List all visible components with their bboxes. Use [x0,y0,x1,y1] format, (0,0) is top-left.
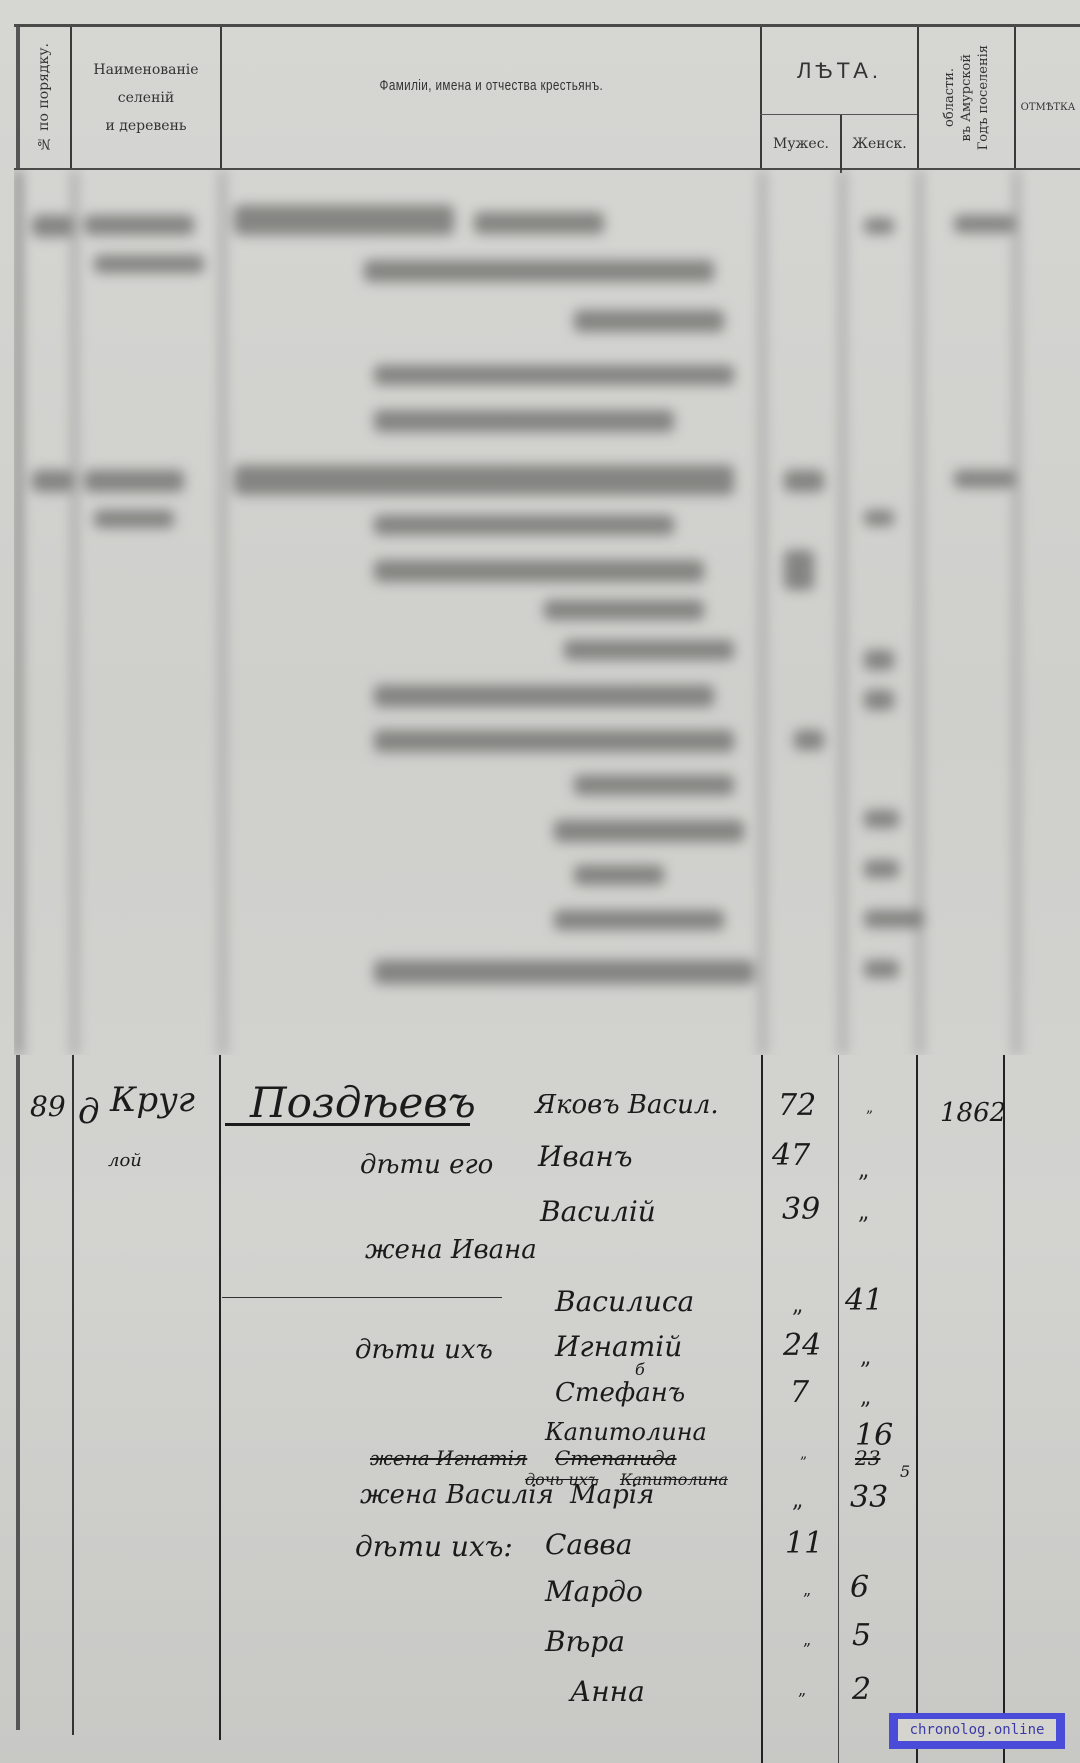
female-age-struck: 23 [855,1446,880,1470]
female-age: 5 [852,1618,871,1653]
male-age: „ [792,1488,803,1513]
member-name: Игнатiй [555,1330,682,1363]
surname-underline [225,1123,470,1126]
female-age: 33 [850,1480,888,1515]
female-age: 2 [852,1672,871,1707]
male-age: „ [792,1293,803,1318]
header-male: Мужес. [762,115,840,173]
header-settlement-year: области. въ Амурской Годъ поселенiя [919,27,1014,168]
correction-superscript: 5 [900,1462,910,1481]
watermark-badge: chronolog.online [889,1713,1065,1749]
table-header: № по порядку. Наименованiе селенiй и дер… [14,24,1080,170]
female-age: „ [858,1200,869,1225]
watermark-text: chronolog.online [898,1719,1056,1741]
header-names: Фамилiи, имена и отчества крестьянъ. [222,27,760,168]
male-age: „ [803,1630,811,1649]
row-number: 89 [30,1090,66,1123]
member-name: Мардо [545,1575,643,1608]
member-name: Марiя [570,1480,654,1510]
member-name-struck: Степанида [555,1446,677,1470]
male-age: „ [798,1680,806,1699]
member-name: Василиса [555,1285,694,1318]
village-prefix: д [78,1092,100,1132]
header-settlement: Наименованiе селенiй и деревень [72,27,220,168]
member-relation: дѣти ихъ: [355,1530,513,1563]
family-surname: Поздѣевъ [250,1078,476,1127]
header-number: № по порядку. [18,27,70,168]
female-age: „ [866,1100,873,1116]
village-name-line2: лой [108,1150,142,1171]
name-superscript: б [635,1360,645,1379]
member-name: Василiй [540,1195,656,1228]
member-name: Капитолина [545,1418,707,1446]
member-relation-struck: жена Игнатiя [370,1446,527,1470]
female-age: „ [860,1385,871,1410]
member-name: Яковъ Васил. [535,1090,719,1120]
member-name: Анна [570,1675,645,1708]
header-notes: Отмѣтка [1016,27,1080,168]
male-age: 7 [790,1375,809,1410]
female-age: „ [860,1345,871,1370]
male-age: „ [800,1446,807,1462]
male-age: 47 [772,1138,810,1173]
member-relation: дѣти его [360,1150,493,1180]
settlement-year: 1862 [940,1098,1006,1128]
male-age: 72 [778,1088,816,1123]
header-female: Женск. [842,115,917,173]
member-name: Савва [545,1528,632,1561]
female-age: „ [858,1158,869,1183]
male-age: „ [803,1580,811,1599]
village-name-line1: Круг [110,1080,195,1120]
member-name: Стефанъ [555,1378,685,1408]
member-name: Вѣра [545,1625,625,1658]
census-page: № по порядку. Наименованiе селенiй и дер… [0,0,1080,1763]
male-age: 39 [782,1192,820,1227]
female-age: 6 [850,1570,869,1605]
member-relation: дѣти ихъ [355,1335,493,1365]
blurred-entries [14,170,1080,1055]
member-relation: жена Василiя [360,1480,554,1510]
header-ages: ЛѢТА. [762,27,917,114]
male-age: 24 [783,1328,821,1363]
male-age: 11 [785,1526,823,1561]
female-age: 41 [845,1283,883,1318]
member-relation: жена Ивана [365,1235,537,1265]
member-name: Иванъ [538,1140,633,1173]
